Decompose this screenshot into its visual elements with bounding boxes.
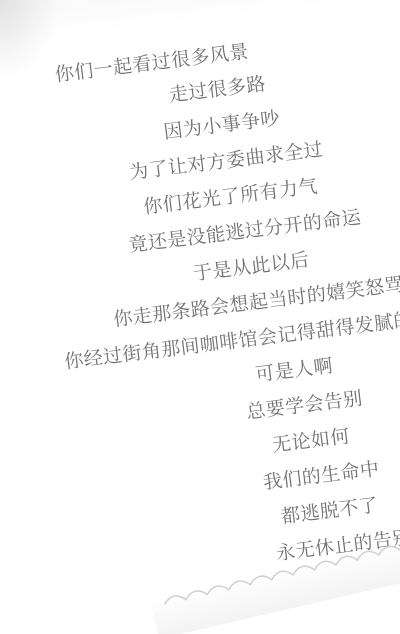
lyric-line: 走过很多路 xyxy=(168,73,267,107)
paper-note: 你们一起看过很多风景 走过很多路 因为小事争吵 为了让对方委曲求全过 你们花光了… xyxy=(0,0,400,634)
photo-stage: 你们一起看过很多风景 走过很多路 因为小事争吵 为了让对方委曲求全过 你们花光了… xyxy=(0,0,400,634)
lyric-line: 都逃脱不了 xyxy=(280,494,379,528)
lyric-line: 于是从此以后 xyxy=(192,249,311,285)
lyric-line: 无论如何 xyxy=(271,425,351,456)
lyric-line: 总要学会告别 xyxy=(245,387,364,423)
lyric-line: 可是人啊 xyxy=(254,355,334,386)
lyric-line: 因为小事争吵 xyxy=(162,107,281,143)
lyric-line: 我们的生命中 xyxy=(262,458,381,494)
lyric-line: 你们花光了所有力气 xyxy=(142,175,319,218)
